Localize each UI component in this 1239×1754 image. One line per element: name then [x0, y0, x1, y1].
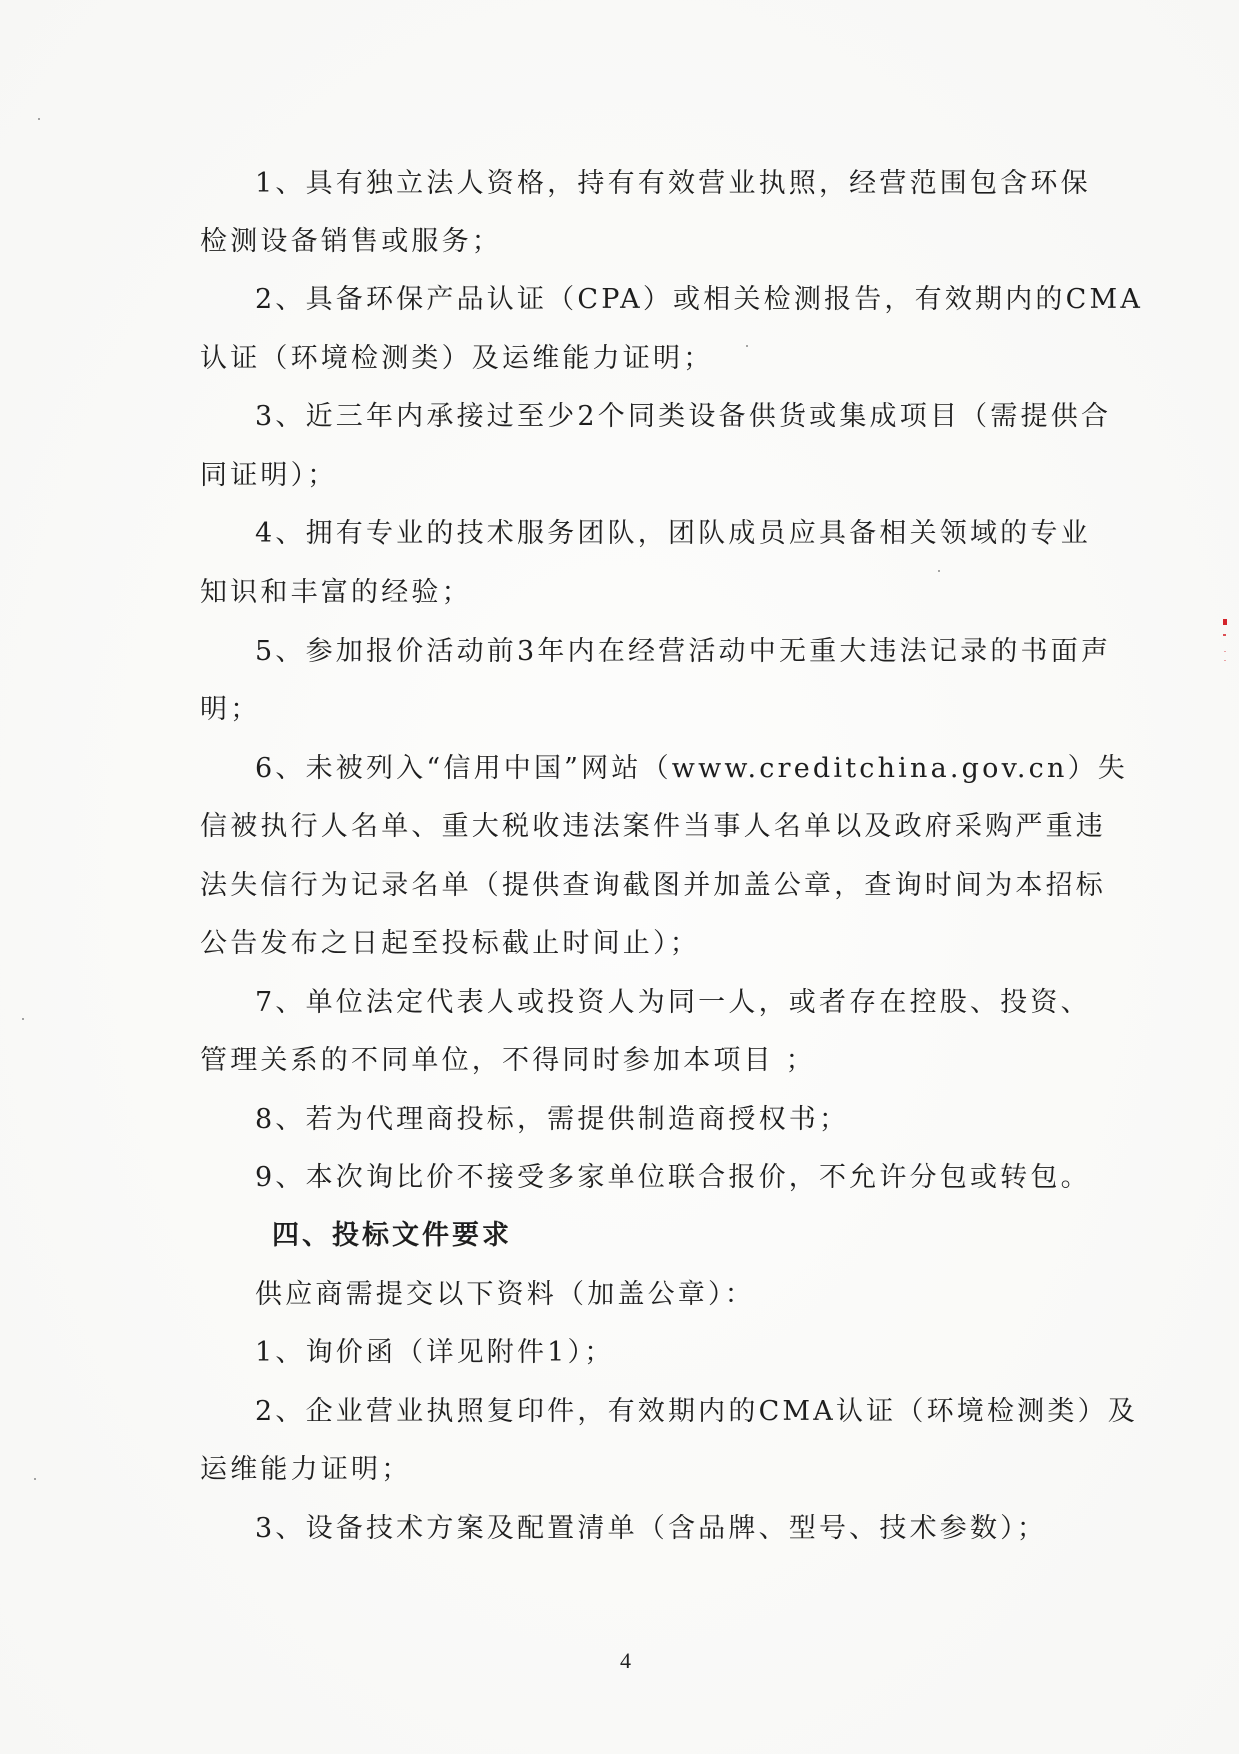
scan-speck	[38, 118, 40, 120]
scan-speck	[938, 570, 940, 572]
text-line: 7、单位法定代表人或投资人为同一人，或者存在控股、投资、	[255, 985, 1091, 1021]
text-line: 运维能力证明；	[200, 1452, 411, 1488]
scan-speck	[746, 345, 748, 347]
text-line: 公告发布之日起至投标截止时间止）；	[200, 926, 700, 962]
text-line: 信被执行人名单、重大税收违法案件当事人名单以及政府采购严重违	[200, 809, 1106, 845]
text-line: 供应商需提交以下资料（加盖公章）：	[255, 1277, 755, 1313]
text-line: 法失信行为记录名单（提供查询截图并加盖公章，查询时间为本招标	[200, 868, 1106, 904]
section-heading: 四、投标文件要求	[272, 1218, 512, 1254]
page-number: 4	[620, 1648, 631, 1674]
seal-edge-mark	[1224, 660, 1226, 661]
scan-speck	[34, 1478, 36, 1480]
text-line: 2、企业营业执照复印件，有效期内的CMA认证（环境检测类）及	[255, 1394, 1138, 1430]
text-line: 明；	[200, 692, 260, 728]
text-line: 同证明）；	[200, 458, 338, 494]
text-line: 4、拥有专业的技术服务团队，团队成员应具备相关领域的专业	[255, 516, 1091, 552]
text-line: 9、本次询比价不接受多家单位联合报价，不允许分包或转包。	[255, 1160, 1091, 1196]
document-page: 1、具有独立法人资格，持有有效营业执照，经营范围包含环保检测设备销售或服务；2、…	[0, 0, 1239, 1754]
text-line: 6、未被列入“信用中国”网站（www.creditchina.gov.cn）失	[255, 751, 1128, 787]
text-line: 认证（环境检测类）及运维能力证明；	[200, 341, 713, 377]
text-line: 1、具有独立法人资格，持有有效营业执照，经营范围包含环保	[255, 166, 1091, 202]
seal-edge-mark	[1224, 651, 1226, 652]
text-line: 1、询价函（详见附件1）；	[255, 1335, 614, 1371]
seal-edge-mark	[1223, 619, 1227, 625]
text-line: 检测设备销售或服务；	[200, 224, 502, 260]
text-line: 知识和丰富的经验；	[200, 575, 472, 611]
text-line: 管理关系的不同单位，不得同时参加本项目 ；	[200, 1043, 816, 1079]
text-line: 3、近三年内承接过至少2个同类设备供货或集成项目（需提供合	[255, 399, 1111, 435]
text-line: 8、若为代理商投标，需提供制造商授权书；	[255, 1102, 849, 1138]
text-line: 3、设备技术方案及配置清单（含品牌、型号、技术参数）；	[255, 1511, 1047, 1547]
scan-speck	[22, 1018, 24, 1020]
seal-edge-mark	[1223, 634, 1226, 636]
text-line: 2、具备环保产品认证（CPA）或相关检测报告，有效期内的CMA	[255, 282, 1143, 318]
text-line: 5、参加报价活动前3年内在经营活动中无重大违法记录的书面声	[255, 634, 1111, 670]
